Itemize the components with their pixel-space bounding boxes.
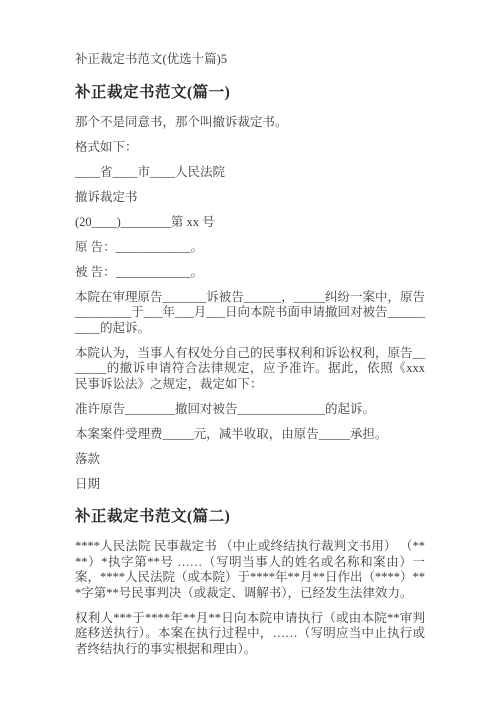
section-1-paragraph: ____省____市____人民法院: [75, 165, 425, 181]
section-2-paragraph: ****人民法院 民事裁定书 （中止或终结执行裁判文书用） （****）*执字第…: [75, 539, 425, 601]
section-2-paragraph: 权利人***于****年**月**日向本院申请执行（或由本院**审判庭移送执行）…: [75, 611, 425, 658]
section-1-paragraph: 撤诉裁定书: [75, 190, 425, 206]
section-1-paragraph: (20____)________第 xx 号: [75, 215, 425, 231]
section-1-signature-label: 落款: [75, 452, 425, 468]
section-2-heading: 补正裁定书范文(篇二): [75, 507, 425, 526]
section-1-paragraph: 原 告：____________。: [75, 240, 425, 256]
section-1-paragraph: 本案案件受理费_____元，减半收取，由原告_____承担。: [75, 427, 425, 443]
section-1-paragraph: 被 告：____________。: [75, 265, 425, 281]
section-1-heading: 补正裁定书范文(篇一): [75, 83, 425, 102]
section-1-paragraph: 准许原告________撤回对被告______________的起诉。: [75, 402, 425, 418]
section-1-paragraph: 本院在审理原告_______诉被告______，_____纠纷一案中，原告___…: [75, 290, 425, 337]
section-1-paragraph: 格式如下：: [75, 140, 425, 156]
section-1-date-label: 日期: [75, 477, 425, 493]
document-subtitle: 补正裁定书范文(优选十篇)5: [75, 52, 425, 68]
section-1-paragraph: 本院认为，当事人有权处分自己的民事权利和诉讼权利，原告_______的撤诉申请符…: [75, 346, 425, 393]
section-1-paragraph: 那个不是同意书，那个叫撤诉裁定书。: [75, 115, 425, 131]
document-page: 补正裁定书范文(优选十篇)5 补正裁定书范文(篇一) 那个不是同意书，那个叫撤诉…: [0, 0, 500, 707]
